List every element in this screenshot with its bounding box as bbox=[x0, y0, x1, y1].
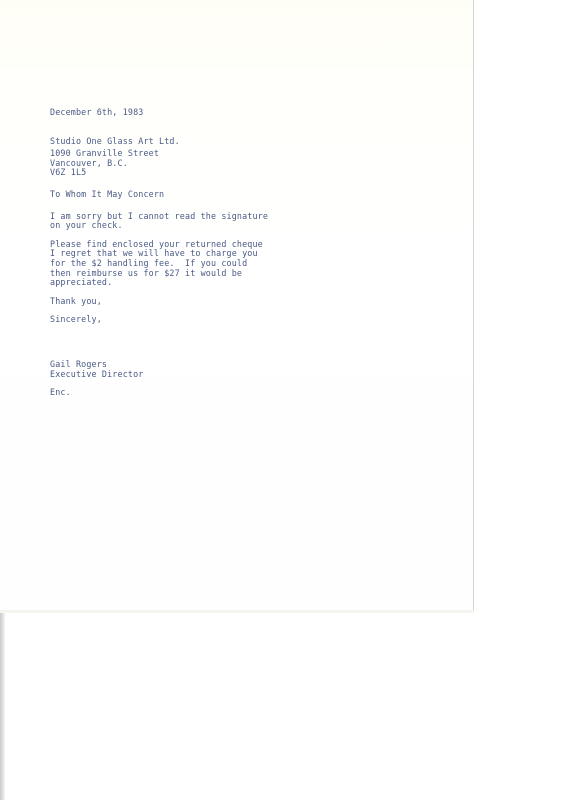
scan-edge-strip bbox=[0, 613, 5, 800]
signer-title: Executive Director bbox=[50, 370, 450, 380]
closing-line: Sincerely, bbox=[50, 315, 450, 325]
paragraph-1: I am sorry but I cannot read the signatu… bbox=[50, 212, 450, 231]
recipient-city: Vancouver, B.C. bbox=[50, 159, 450, 169]
thanks-line: Thank you, bbox=[50, 297, 450, 307]
recipient-postal: V6Z 1L5 bbox=[50, 168, 450, 178]
paragraph-line: on your check. bbox=[50, 221, 450, 231]
enclosure-note: Enc. bbox=[50, 388, 450, 398]
salutation: To Whom It May Concern bbox=[50, 190, 450, 200]
letter-date: December 6th, 1983 bbox=[50, 108, 450, 118]
paragraph-line: appreciated. bbox=[50, 278, 450, 288]
recipient-address: Studio One Glass Art Ltd. 1090 Granville… bbox=[50, 137, 450, 178]
recipient-name: Studio One Glass Art Ltd. bbox=[50, 137, 450, 147]
signature-block: Gail Rogers Executive Director bbox=[50, 360, 450, 379]
paragraph-2: Please find enclosed your returned chequ… bbox=[50, 240, 450, 288]
page-edge bbox=[0, 610, 474, 613]
letter-body: December 6th, 1983 Studio One Glass Art … bbox=[50, 108, 450, 398]
